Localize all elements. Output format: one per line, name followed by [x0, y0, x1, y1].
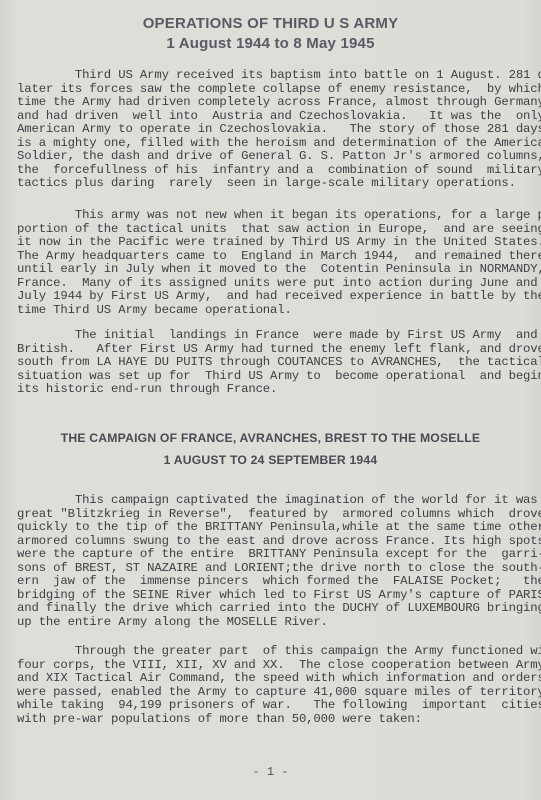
text-line: ern jaw of the immense pincers which for…	[17, 575, 522, 589]
text-line: quickly to the tip of the BRITTANY Penin…	[17, 521, 522, 535]
text-line: with pre-war populations of more than 50…	[17, 713, 522, 727]
section-date-range: 1 AUGUST TO 24 SEPTEMBER 1944	[0, 453, 541, 467]
text-line: great "Blitzkrieg in Reverse", featured …	[17, 508, 522, 522]
intro-paragraph-3: The initial landings in France were made…	[17, 329, 522, 397]
text-line: and had driven well into Austria and Cze…	[17, 110, 522, 124]
text-line: is a mighty one, filled with the heroism…	[17, 137, 522, 151]
text-line: British. After First US Army had turned …	[17, 343, 522, 357]
text-line: it now in the Pacific were trained by Th…	[17, 236, 522, 250]
text-line: Soldier, the dash and drive of General G…	[17, 150, 522, 164]
text-line: The Army headquarters came to England in…	[17, 250, 522, 264]
text-line: This campaign captivated the imagination…	[17, 494, 522, 508]
text-line: Through the greater part of this campaig…	[17, 645, 522, 659]
text-line: sons of BREST, ST NAZAIRE and LORIENT;th…	[17, 562, 522, 576]
text-line: This army was not new when it began its …	[17, 209, 522, 223]
document-date-range: 1 August 1944 to 8 May 1945	[0, 35, 541, 52]
text-line: were the capture of the entire BRITTANY …	[17, 548, 522, 562]
document-page: OPERATIONS OF THIRD U S ARMY 1 August 19…	[0, 0, 541, 800]
text-line: south from LA HAYE DU PUITS through COUT…	[17, 356, 522, 370]
intro-paragraph-1: Third US Army received its baptism into …	[17, 69, 522, 191]
text-line: while taking 94,199 prisoners of war. Th…	[17, 699, 522, 713]
text-line: portion of the tactical units that saw a…	[17, 223, 522, 237]
text-line: time the Army had driven completely acro…	[17, 96, 522, 110]
section-paragraph-2: Through the greater part of this campaig…	[17, 645, 522, 726]
text-line: its historic end-run through France.	[17, 383, 522, 397]
text-line: tactics plus daring rarely seen in large…	[17, 177, 522, 191]
text-line: The initial landings in France were made…	[17, 329, 522, 343]
text-line: Third US Army received its baptism into …	[17, 69, 522, 83]
section-heading: THE CAMPAIGN OF FRANCE, AVRANCHES, BREST…	[0, 431, 541, 445]
text-line: time Third US Army became operational.	[17, 304, 522, 318]
text-line: up the entire Army along the MOSELLE Riv…	[17, 616, 522, 630]
text-line: France. Many of its assigned units were …	[17, 277, 522, 291]
text-line: later its forces saw the complete collap…	[17, 83, 522, 97]
text-line: bridging of the SEINE River which led to…	[17, 589, 522, 603]
text-line: armored columns swung to the east and dr…	[17, 535, 522, 549]
text-line: July 1944 by First US Army, and had rece…	[17, 290, 522, 304]
section-paragraph-1: This campaign captivated the imagination…	[17, 494, 522, 629]
text-line: and finally the drive which carried into…	[17, 602, 522, 616]
text-line: the forcefullness of his infantry and a …	[17, 164, 522, 178]
text-line: situation was set up for Third US Army t…	[17, 370, 522, 384]
document-title: OPERATIONS OF THIRD U S ARMY	[0, 15, 541, 32]
text-line: until early in July when it moved to the…	[17, 263, 522, 277]
text-line: American Army to operate in Czechoslovak…	[17, 123, 522, 137]
page-number: - 1 -	[0, 765, 541, 779]
text-line: were passed, enabled the Army to capture…	[17, 686, 522, 700]
text-line: and XIX Tactical Air Command, the speed …	[17, 672, 522, 686]
intro-paragraph-2: This army was not new when it began its …	[17, 209, 522, 317]
text-line: four corps, the VIII, XII, XV and XX. Th…	[17, 659, 522, 673]
